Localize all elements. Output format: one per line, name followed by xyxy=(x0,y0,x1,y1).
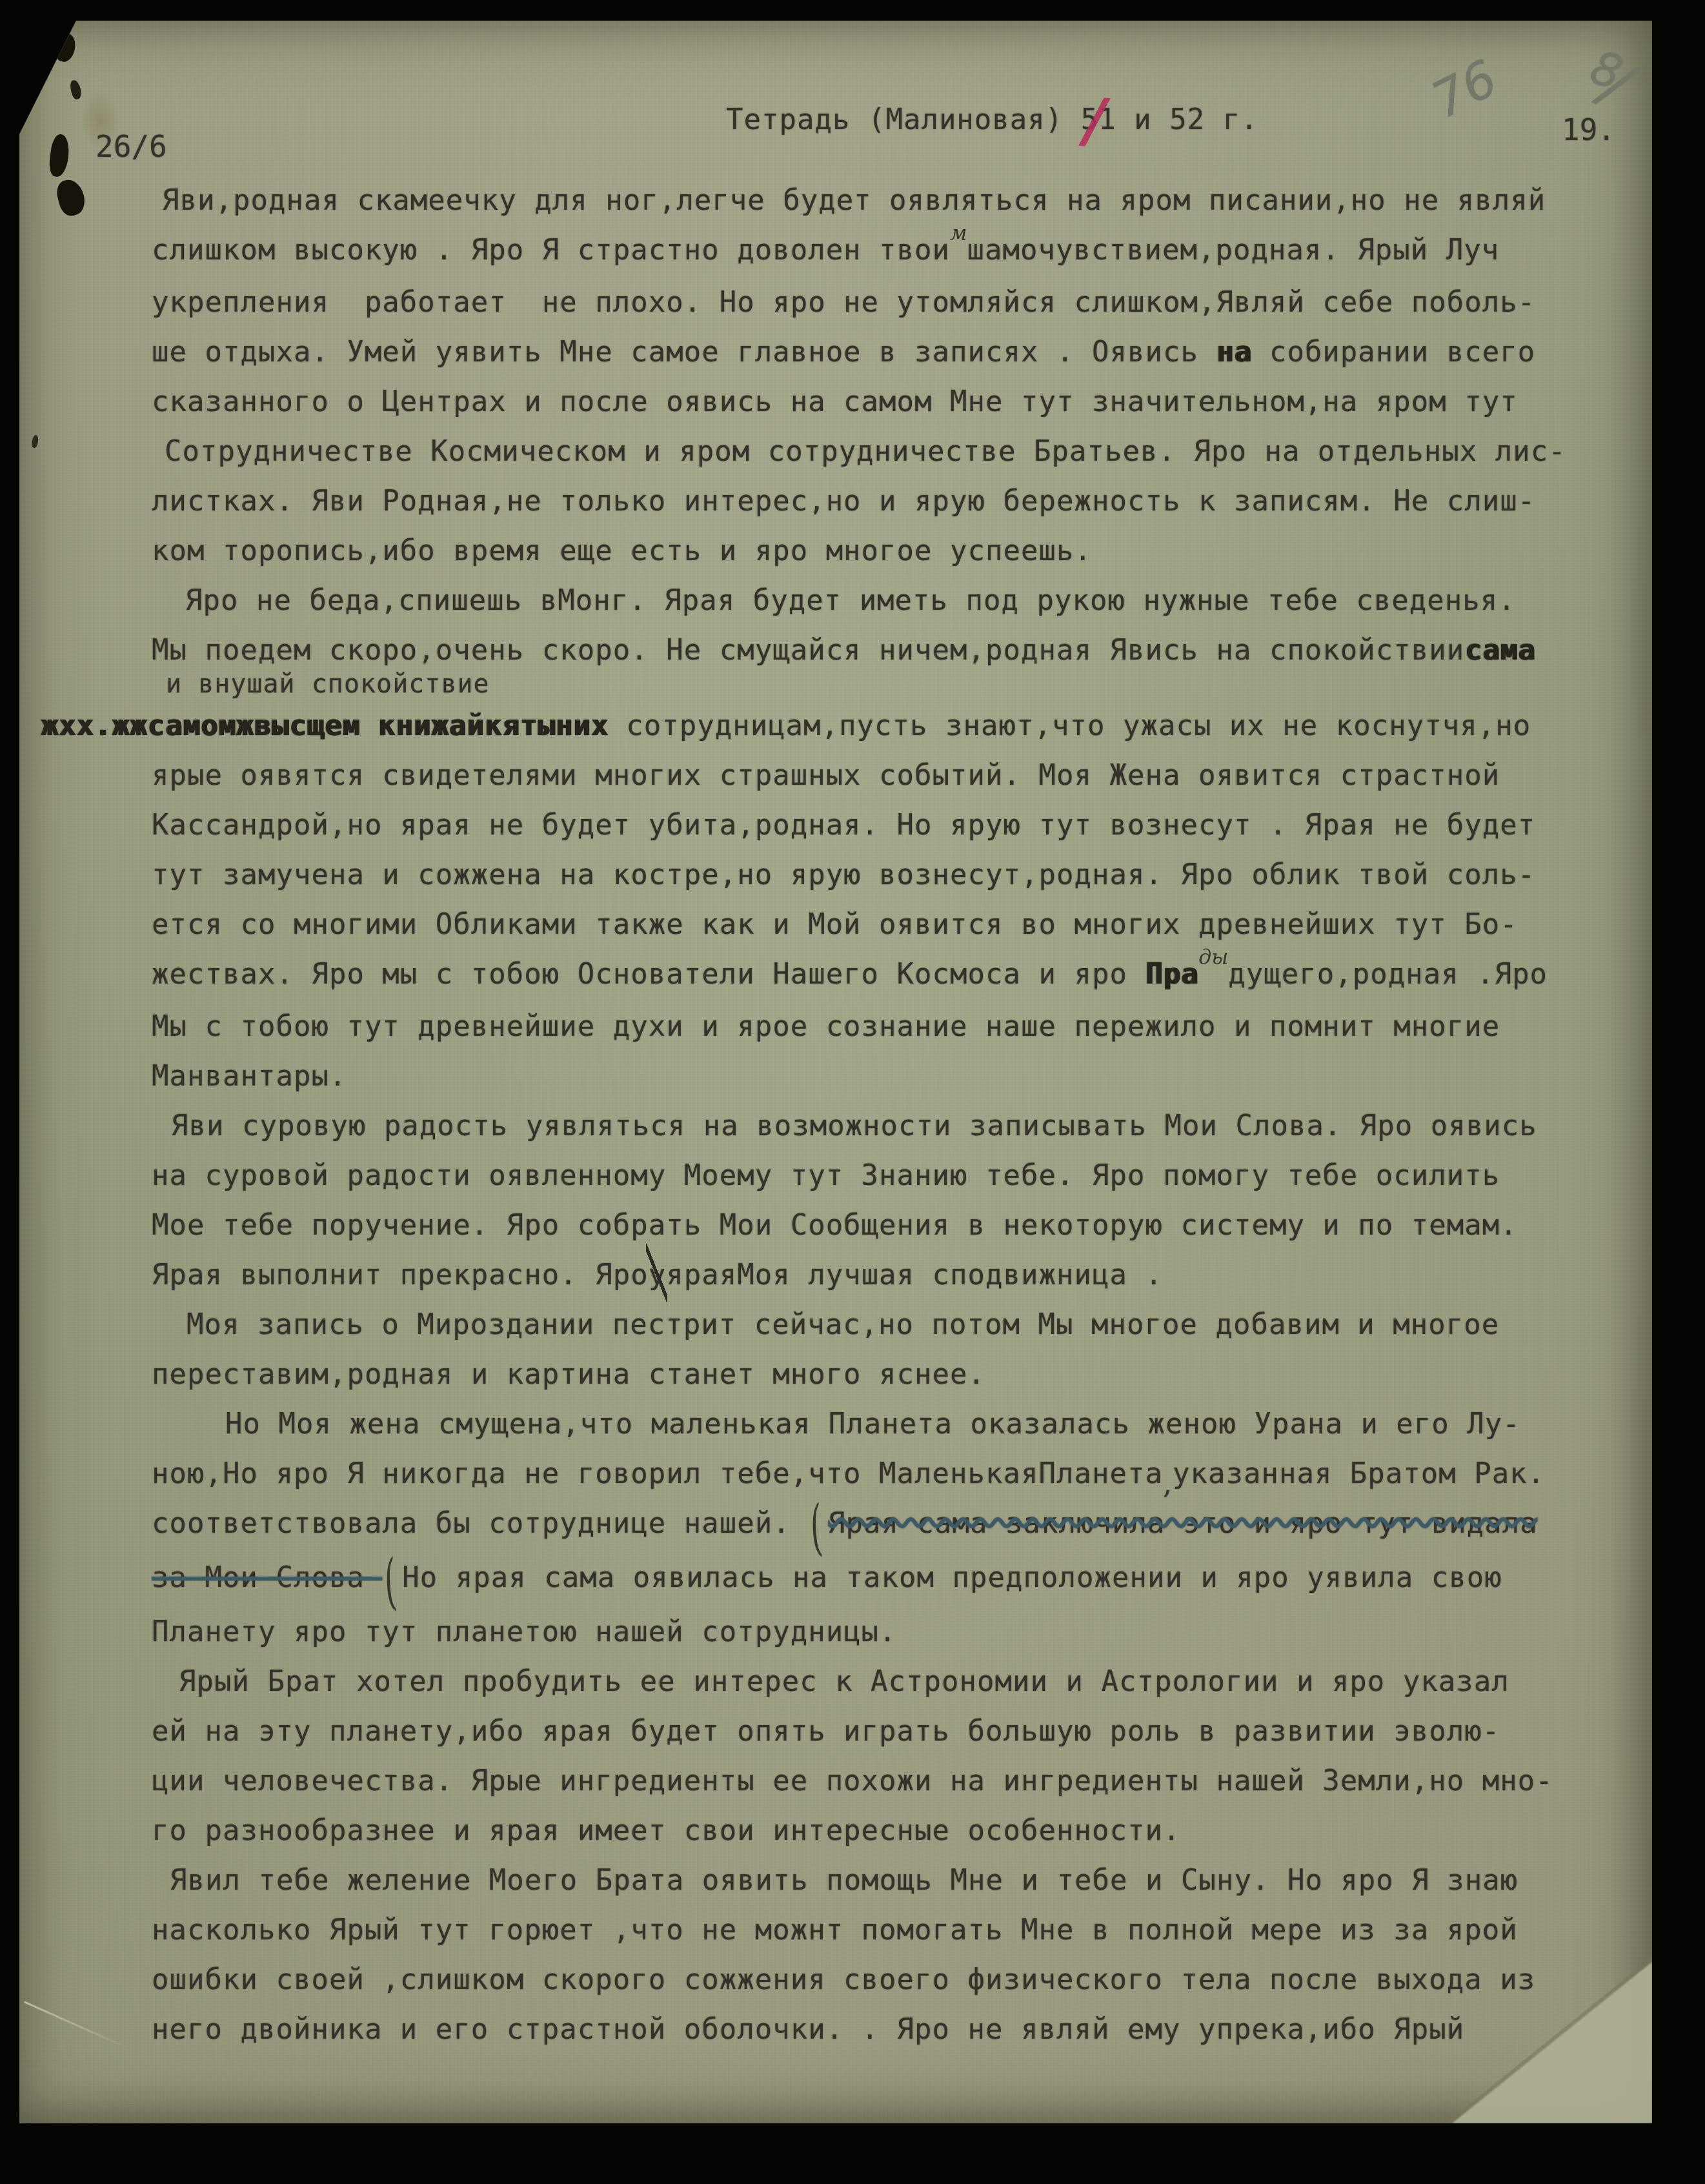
typed-line: жхх.жжсамомжвысщем книжайкятыних сотрудн… xyxy=(41,701,1591,751)
typed-text: шамочувствием,родная. Ярый Луч xyxy=(967,234,1500,267)
overstruck-text: книжайкятыних xyxy=(378,709,608,742)
typed-line: Мое тебе поручение. Яро собрать Мои Сооб… xyxy=(152,1200,1591,1250)
document-paper: 76 8/ 26/6 Тетрадь (Малиновая) 51 и 52 г… xyxy=(19,21,1652,2123)
typed-line: жествах. Яро мы с тобою Основатели Нашег… xyxy=(152,949,1591,1002)
typed-line: го разнообразнее и ярая имеет свои интер… xyxy=(152,1806,1591,1855)
typed-line: Но Моя жена смущена,что маленькая Планет… xyxy=(225,1399,1591,1449)
typed-line: Ярый Брат хотел пробудить ее интерес к А… xyxy=(179,1657,1591,1706)
typed-line: ярые оявятся свидетелями многих страшных… xyxy=(152,751,1591,800)
typed-line: насколько Ярый тут горюет ,что не можнт … xyxy=(152,1905,1591,1955)
typed-text: и внушай спокойствие xyxy=(166,669,490,699)
typed-text: Яви суровую радость уявляться на возможн… xyxy=(171,1109,1537,1142)
date-note: 26/6 xyxy=(96,129,167,164)
typed-line: Мы поедем скоро,очень скоро. Не смущайся… xyxy=(152,625,1591,675)
scanned-document-screen: 76 8/ 26/6 Тетрадь (Малиновая) 51 и 52 г… xyxy=(0,0,1705,2184)
typed-text: тут замучена и сожжена на костре,но ярую… xyxy=(152,858,1535,891)
overstruck-text: на xyxy=(1216,336,1251,369)
ink-blot xyxy=(54,32,78,63)
typed-text: сотрудницам,пусть знают,что ужасы их не … xyxy=(609,709,1531,742)
typed-text: Мы с тобою тут древнейшие духи и ярое со… xyxy=(152,1010,1500,1043)
typed-text: собирании всего xyxy=(1251,336,1535,369)
typed-line: ошибки своей ,слишком скорого сожжения с… xyxy=(152,1955,1591,2005)
typed-text: сказанного о Центрах и после оявись на с… xyxy=(152,385,1518,418)
page-title: Тетрадь (Малиновая) 51 и 52 г. xyxy=(726,103,1258,136)
typed-line: него двойника и его страстной оболочки. … xyxy=(152,2005,1591,2054)
typed-text: Явил тебе желение Моего Брата оявить пом… xyxy=(170,1864,1518,1897)
typed-text: ется со многими Обликами также как и Мой… xyxy=(152,908,1518,941)
typed-text: ей на эту планету,ибо ярая будет опять и… xyxy=(152,1715,1500,1748)
typed-text: жествах. Яро мы с тобою Основатели Нашег… xyxy=(152,958,1145,991)
typed-text: Кассандрой,но ярая не будет убита,родная… xyxy=(152,809,1535,842)
typed-line: Яро не беда,спишешь вМонг. Ярая будет им… xyxy=(185,576,1591,625)
typed-text: Но Моя жена смущена,что маленькая Планет… xyxy=(225,1408,1520,1441)
typed-line: Явил тебе желение Моего Брата оявить пом… xyxy=(170,1855,1591,1905)
ink-blot xyxy=(31,434,39,448)
typed-line: тут замучена и сожжена на костре,но ярую… xyxy=(152,850,1591,900)
ink-blot xyxy=(54,177,88,218)
typed-line: Манвантары. xyxy=(152,1051,1591,1101)
title-struck-number: 51 xyxy=(1081,103,1116,136)
typed-text: слишком высокую . Яро Я страстно доволен… xyxy=(152,234,950,267)
typed-line: переставим,родная и картина станет много… xyxy=(152,1350,1591,1399)
pencil-annotation: 8/ xyxy=(1583,26,1653,111)
typed-text: Манвантары. xyxy=(152,1060,347,1093)
handwritten-comma: , xyxy=(1163,1468,1173,1501)
typed-text: яраяМоя лучшая сподвижница . xyxy=(666,1259,1163,1291)
typed-text: го разнообразнее и ярая имеет свои интер… xyxy=(152,1814,1180,1847)
typed-text: на суровой радости оявленному Моему тут … xyxy=(152,1159,1500,1192)
typed-text: Яро не беда,спишешь вМонг. Ярая будет им… xyxy=(185,584,1516,617)
typed-text: ошибки своей ,слишком скорого сожжения с… xyxy=(152,1963,1535,1996)
typed-line: Моя запись о Мироздании пестрит сейчас,н… xyxy=(187,1300,1591,1350)
typed-text: Мое тебе поручение. Яро собрать Мои Сооб… xyxy=(152,1209,1518,1242)
typed-line: укрепления работает не плохо. Но яро не … xyxy=(152,278,1591,327)
page-number: 19. xyxy=(1562,112,1615,147)
title-text: Тетрадь (Малиновая) xyxy=(726,103,1081,136)
overstruck-text: Пра xyxy=(1145,958,1198,991)
slashed-character: у xyxy=(649,1250,667,1300)
typed-text: Моя запись о Мироздании пестрит сейчас,н… xyxy=(187,1308,1499,1341)
typed-interline-insertion: и внушай спокойствие xyxy=(166,671,1591,701)
typed-text: ярые оявятся свидетелями многих страшных… xyxy=(152,759,1500,792)
typed-line: листках. Яви Родная,не только интерес,но… xyxy=(152,476,1591,526)
typed-line: Яви,родная скамеечку для ног,легче будет… xyxy=(162,176,1591,225)
typed-text: него двойника и его страстной оболочки. … xyxy=(152,2013,1464,2046)
typed-text: ком торопись,ибо время еще есть и яро мн… xyxy=(152,534,1092,567)
typed-text: Ярая выполнит прекрасно. Яро xyxy=(152,1259,649,1291)
pencil-annotation: 76 xyxy=(1423,49,1506,130)
corner-fold xyxy=(1452,1962,1652,2123)
typed-line: Яви суровую радость уявляться на возможн… xyxy=(171,1101,1591,1151)
typed-line: ется со многими Обликами также как и Мой… xyxy=(152,900,1591,949)
typed-text: ною,Но яро Я никогда не говорил тебе,что… xyxy=(152,1457,1163,1490)
typed-text: Мы поедем скоро,очень скоро. Не смущайся… xyxy=(152,634,1464,667)
typed-line: Мы с тобою тут древнейшие духи и ярое со… xyxy=(152,1002,1591,1051)
overstruck-text: сама xyxy=(1464,634,1535,667)
struck-text: за Мои Слова xyxy=(152,1561,382,1594)
title-text: и 52 г. xyxy=(1116,103,1258,136)
struck-text: Ярая сама заключила это и яро тут видала xyxy=(828,1507,1538,1540)
typed-text: Ярый Брат хотел пробудить ее интерес к А… xyxy=(179,1665,1509,1698)
typed-line: ше отдыха. Умей уявить Мне самое главное… xyxy=(152,327,1591,377)
typed-text: Яви,родная скамеечку для ног,легче будет… xyxy=(162,184,1546,217)
typed-line: Кассандрой,но ярая не будет убита,родная… xyxy=(152,800,1591,850)
typed-line: ною,Но яро Я никогда не говорил тебе,что… xyxy=(152,1449,1591,1499)
typed-line: за Мои Слова (Но ярая сама оявилась на т… xyxy=(152,1553,1591,1607)
typed-text: указанная Братом Рак. xyxy=(1173,1457,1545,1490)
typed-text: укрепления работает не плохо. Но яро не … xyxy=(152,286,1535,319)
handwritten-insertion: м xyxy=(950,221,967,245)
typed-line: сказанного о Центрах и после оявись на с… xyxy=(152,377,1591,427)
typed-text: переставим,родная и картина станет много… xyxy=(152,1358,985,1391)
ink-blot xyxy=(48,134,71,178)
typed-line: ком торопись,ибо время еще есть и яро мн… xyxy=(152,526,1591,576)
typed-text: дущего,родная .Яро xyxy=(1228,958,1548,991)
typed-text: ше отдыха. Умей уявить Мне самое главное… xyxy=(152,336,1216,369)
ink-blot xyxy=(69,79,83,100)
typed-line: Ярая выполнит прекрасно. ЯроуяраяМоя луч… xyxy=(152,1250,1591,1300)
typed-line: на суровой радости оявленному Моему тут … xyxy=(152,1151,1591,1200)
typed-text: соответствовала бы сотруднице нашей. xyxy=(152,1507,808,1540)
typed-text: Планету яро тут планетою нашей сотрудниц… xyxy=(152,1615,897,1648)
crease xyxy=(24,2001,131,2050)
typed-line: ции человечества. Ярые ингредиенты ее по… xyxy=(152,1756,1591,1806)
typed-line: Сотрудничестве Космическом и яром сотруд… xyxy=(165,427,1591,476)
overstruck-text: жхх.жжсамомжвысщем xyxy=(41,709,360,742)
typed-text: Но ярая сама оявилась на таком предполож… xyxy=(402,1561,1502,1594)
typed-text-body: Яви,родная скамеечку для ног,легче будет… xyxy=(152,176,1591,2054)
handwritten-insertion: ды xyxy=(1198,945,1228,969)
typed-text xyxy=(360,709,378,742)
typed-line: слишком высокую . Яро Я страстно доволен… xyxy=(152,225,1591,278)
typed-line: Планету яро тут планетою нашей сотрудниц… xyxy=(152,1607,1591,1657)
typed-text: листках. Яви Родная,не только интерес,но… xyxy=(152,485,1535,518)
typed-text: насколько Ярый тут горюет ,что не можнт … xyxy=(152,1914,1518,1946)
typed-text: Сотрудничестве Космическом и яром сотруд… xyxy=(165,435,1566,468)
typed-text: ции человечества. Ярые ингредиенты ее по… xyxy=(152,1764,1553,1797)
typed-line: соответствовала бы сотруднице нашей. (Яр… xyxy=(152,1499,1591,1553)
typed-line: ей на эту планету,ибо ярая будет опять и… xyxy=(152,1706,1591,1756)
